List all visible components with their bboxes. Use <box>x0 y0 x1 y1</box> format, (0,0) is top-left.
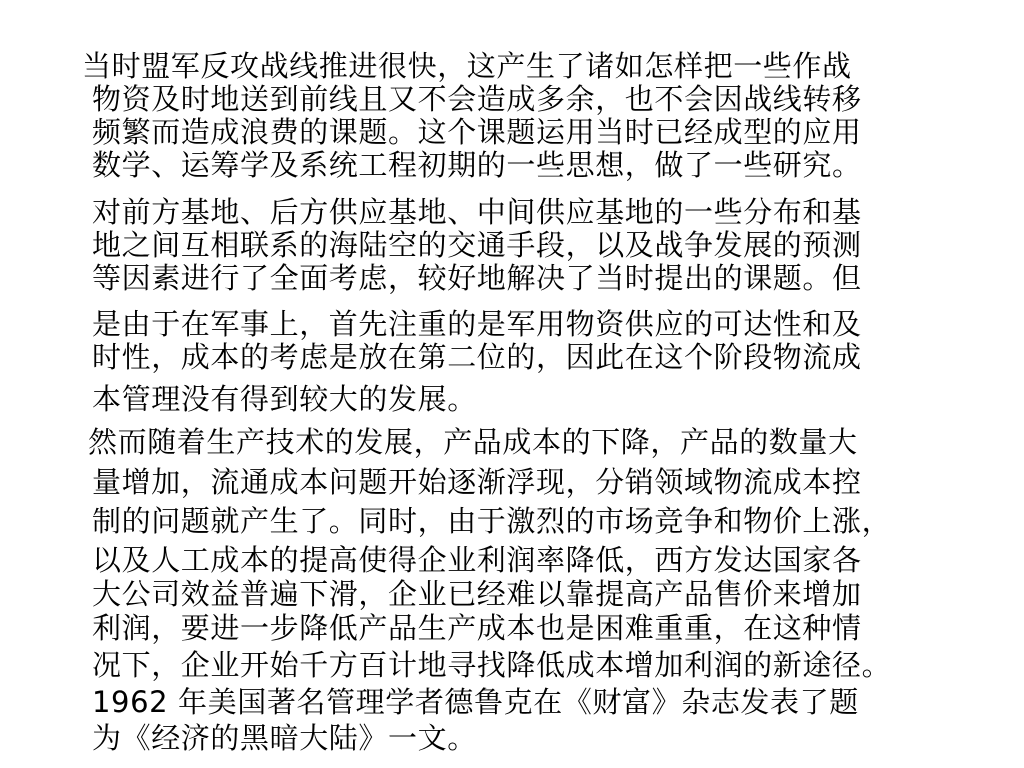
text-line: 大公司效益普遍下滑，企业已经难以靠提高产品售价来增加 <box>92 578 862 611</box>
text-line: 以及人工成本的提高使得企业利润率降低，西方发达国家各 <box>92 544 862 577</box>
text-line: 物资及时地送到前线且又不会造成多余，也不会因战线转移 <box>92 83 862 116</box>
text-line: 等因素进行了全面考虑，较好地解决了当时提出的课题。但 <box>92 262 862 295</box>
text-line: 1962 年美国著名管理学者德鲁克在《财富》杂志发表了题 <box>92 686 859 719</box>
text-line: 地之间互相联系的海陆空的交通手段，以及战争发展的预测 <box>92 229 862 262</box>
text-line: 为《经济的黑暗大陆》一文。 <box>92 722 477 755</box>
text-line: 频繁而造成浪费的课题。这个课题运用当时已经成型的应用 <box>92 116 862 149</box>
slide: 当时盟军反攻战线推进很快，这产生了诸如怎样把一些作战 物资及时地送到前线且又不会… <box>0 0 1024 768</box>
text-line: 量增加，流通成本问题开始逐渐浮现，分销领域物流成本控 <box>92 466 862 499</box>
text-line: 时性，成本的考虑是放在第二位的，因此在这个阶段物流成 <box>92 341 862 374</box>
text-line: 况下，企业开始千方百计地寻找降低成本增加利润的新途径。 <box>92 649 891 682</box>
text-line: 对前方基地、后方供应基地、中间供应基地的一些分布和基 <box>92 196 862 229</box>
text-line: 是由于在军事上，首先注重的是军用物资供应的可达性和及 <box>92 308 862 341</box>
text-line: 制的问题就产生了。同时，由于激烈的市场竞争和物价上涨， <box>92 505 891 538</box>
text-line: 数学、运筹学及系统工程初期的一些思想，做了一些研究。 <box>92 149 862 182</box>
text-line: 然而随着生产技术的发展，产品成本的下降，产品的数量大 <box>88 426 858 459</box>
text-line: 利润，要进一步降低产品生产成本也是困难重重，在这种情 <box>92 612 862 645</box>
text-line: 当时盟军反攻战线推进很快，这产生了诸如怎样把一些作战 <box>82 50 852 83</box>
text-line: 本管理没有得到较大的发展。 <box>92 383 477 416</box>
